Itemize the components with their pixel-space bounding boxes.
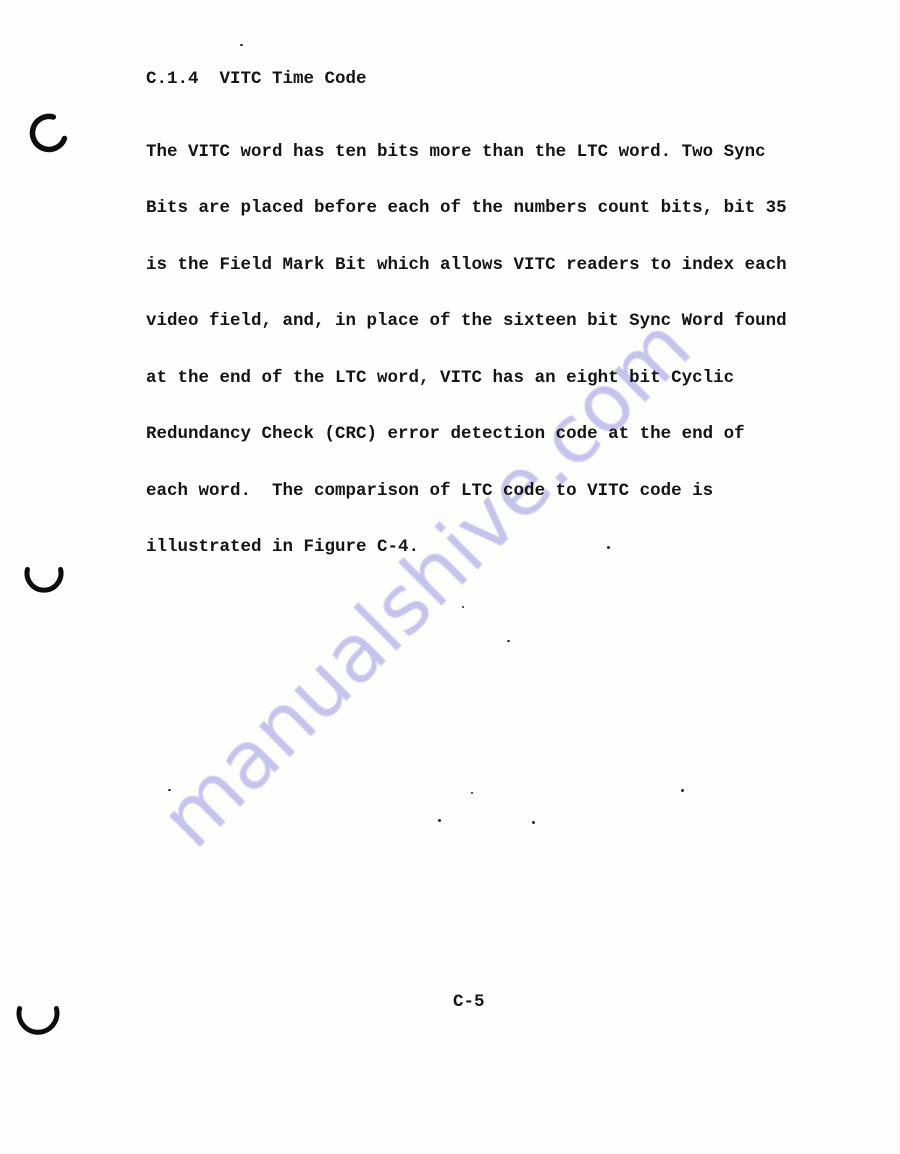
scan-speck — [462, 606, 464, 608]
scan-speck — [240, 44, 243, 46]
scan-speck — [471, 792, 473, 794]
scan-artifact-layer — [0, 0, 900, 1154]
scan-speck — [507, 640, 510, 642]
scan-speck — [607, 546, 610, 549]
ring-mark-middle — [27, 570, 61, 591]
ring-mark-top — [32, 116, 64, 149]
scan-speck — [438, 819, 441, 822]
scan-speck — [532, 821, 535, 824]
scan-speck — [681, 789, 684, 792]
ring-mark-bottom — [19, 1009, 57, 1033]
scan-speck — [168, 789, 171, 791]
scanned-document-page: manualshive.com C.1.4 VITC Time Code The… — [0, 0, 900, 1154]
